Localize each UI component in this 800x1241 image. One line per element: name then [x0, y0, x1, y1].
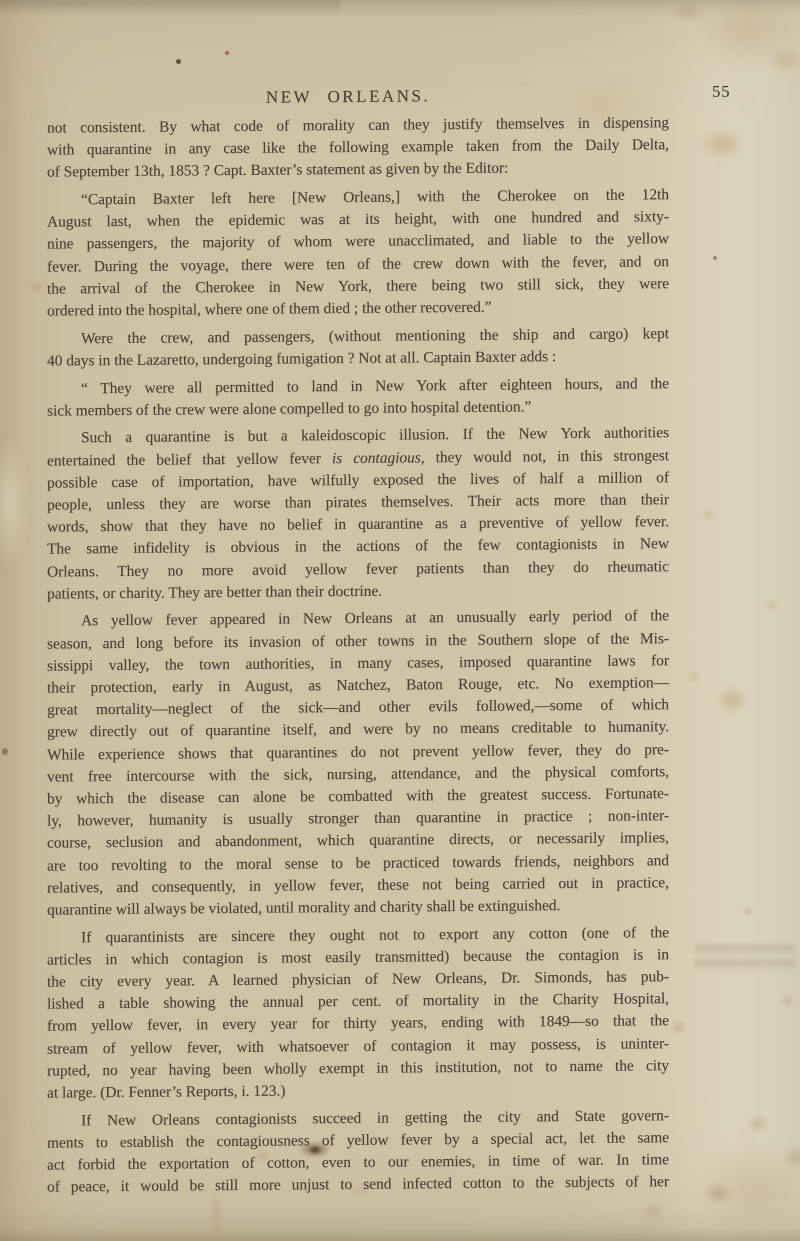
text-line: of September 13th, 1853 ? Capt. Baxter’s… [47, 157, 669, 185]
running-header: NEW ORLEANS. [48, 84, 648, 109]
text-line: ordered into the hospital, where one of … [47, 295, 669, 323]
paragraph: If quarantinists are sincere they ought … [47, 922, 669, 1105]
paragraph: “Captain Baxter left here [New Orleans,]… [47, 184, 669, 323]
book-page-scan: NEW ORLEANS. 55 not consistent. By what … [0, 0, 800, 1241]
text-line: at large. (Dr. Fenner’s Reports, i. 123.… [47, 1077, 669, 1105]
text-line: 40 days in the Lazaretto, undergoing fum… [47, 345, 669, 373]
paragraph: Were the crew, and passengers, (without … [47, 323, 669, 373]
text-line: of peace, it would be still more unjust … [47, 1171, 669, 1199]
text-line: quarantine will always be violated, unti… [47, 894, 669, 922]
text-line: sick members of the crew were alone comp… [47, 395, 669, 423]
italic-text: is contagious [332, 449, 421, 467]
text-block: not consistent. By what code of morality… [47, 112, 669, 1199]
paragraph: As yellow fever appeared in New Orleans … [47, 606, 669, 922]
paragraph: not consistent. By what code of morality… [47, 112, 669, 184]
page-content: NEW ORLEANS. 55 not consistent. By what … [0, 0, 800, 1241]
text-line: patients, or charity. They are better th… [47, 578, 669, 606]
paragraph: If New Orleans contagionists succeed in … [47, 1105, 669, 1199]
page-number: 55 [712, 82, 731, 102]
paragraph: “ They were all permitted to land in New… [47, 373, 669, 423]
paragraph: Such a quarantine is but a kaleidoscopic… [47, 423, 669, 606]
